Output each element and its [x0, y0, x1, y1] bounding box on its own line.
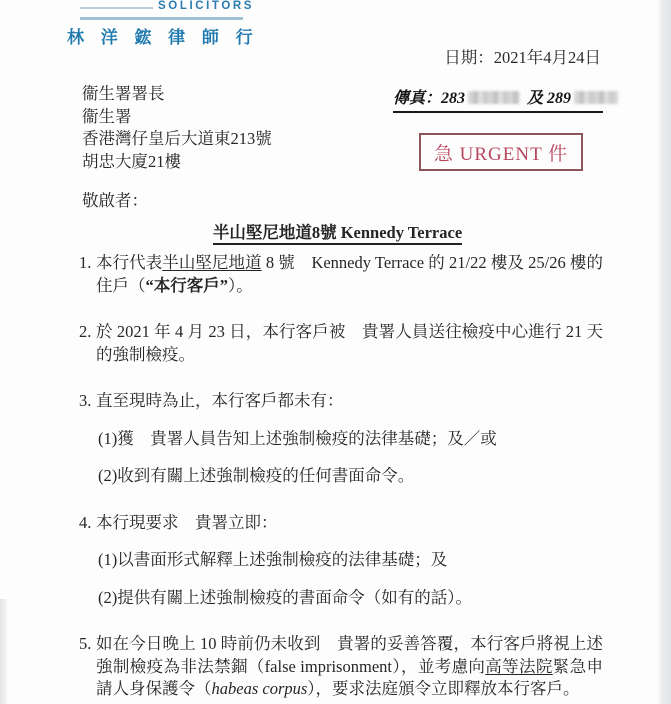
sub-item: (1)獲 貴署人員告知上述強制檢疫的法律基礎；及／或: [98, 428, 603, 451]
text-segment: (2)提供有關上述強制檢疫的書面命令（如有的話）。: [98, 588, 472, 607]
sub-item: (2)提供有關上述強制檢疫的書面命令（如有的話）。: [98, 587, 603, 610]
paragraph: 4.本行現要求 貴署立即：: [79, 512, 603, 535]
fax-label: 傳真：: [393, 90, 441, 107]
text-segment: (1)獲 貴署人員告知上述強制檢疫的法律基礎；及／或: [98, 429, 497, 448]
fax-number-2: 289: [547, 90, 571, 107]
text-segment: (2)收到有關上述強制檢疫的任何書面命令。: [98, 466, 414, 485]
text-segment: 本行現要求 貴署立即：: [96, 513, 278, 532]
paragraph: 1.本行代表半山堅尼地道 8 號 Kennedy Terrace 的 21/22…: [79, 252, 603, 297]
urgent-stamp: 急 URGENT 件: [419, 133, 583, 171]
text-segment: 直至現時為止，本行客戶都未有：: [96, 391, 344, 410]
text-segment: 本行代表: [96, 253, 162, 272]
subject-text: 半山堅尼地道8號 Kennedy Terrace: [213, 223, 462, 245]
text-segment: ），要求法庭頒令立即釋放本行客戶。: [307, 679, 579, 698]
paragraph: 3.直至現時為止，本行客戶都未有：: [79, 390, 603, 413]
date-line: 日期：2021年4月24日: [444, 44, 601, 68]
paragraph-number: 2.: [79, 321, 96, 366]
paragraph-number: 3.: [79, 390, 96, 413]
text-segment: habeas corpus: [212, 679, 308, 698]
paragraph: 2.於 2021 年 4 月 23 日，本行客戶被 貴署人員送往檢疫中心進行 2…: [79, 321, 603, 366]
text-segment: “本行客戶”: [146, 276, 229, 295]
recipient-block: 衞生署署長 衞生署 香港灣仔皇后大道東213號 胡忠大廈21樓: [82, 83, 272, 173]
redacted-fax-digits-2: [574, 91, 618, 104]
paragraph-number: 1.: [79, 252, 96, 297]
paragraph-text: 直至現時為止，本行客戶都未有：: [96, 390, 603, 413]
paragraph-number: 5.: [79, 633, 96, 701]
firm-name: 林 洋 鋐 律 師 行: [67, 23, 259, 48]
text-segment: ）。: [228, 276, 253, 295]
text-segment: 高等法院: [485, 657, 552, 676]
paragraph-text: 如在今日晚上 10 時前仍未收到 貴署的妥善答覆，本行客戶將視上述強制檢疫為非法…: [96, 633, 603, 701]
body-paragraphs: 1.本行代表半山堅尼地道 8 號 Kennedy Terrace 的 21/22…: [79, 252, 603, 701]
brand-rule-bottom: [80, 17, 243, 20]
paragraph-text: 於 2021 年 4 月 23 日，本行客戶被 貴署人員送往檢疫中心進行 21 …: [96, 321, 603, 366]
recipient-line: 香港灣仔皇后大道東213號: [82, 128, 272, 151]
text-segment: 半山堅尼地道: [162, 253, 261, 272]
fax-conjunction: 及: [527, 90, 543, 107]
text-segment: 於 2021 年 4 月 23 日，本行客戶被 貴署人員送往檢疫中心進行 21 …: [96, 322, 603, 364]
page-edge-right: [657, 0, 671, 704]
redacted-fax-digits-1: [468, 91, 520, 104]
sub-item: (1)以書面形式解釋上述強制檢疫的法律基礎；及: [98, 549, 603, 572]
paragraph-number: 4.: [79, 512, 96, 535]
subject-line: 半山堅尼地道8號 Kennedy Terrace: [80, 219, 595, 243]
paragraph: 5.如在今日晚上 10 時前仍未收到 貴署的妥善答覆，本行客戶將視上述強制檢疫為…: [79, 633, 603, 701]
brand-rule-top: [80, 7, 153, 9]
paragraph-text: 本行現要求 貴署立即：: [96, 512, 603, 535]
paragraph-text: 本行代表半山堅尼地道 8 號 Kennedy Terrace 的 21/22 樓…: [96, 252, 603, 297]
urgent-stamp-text: 急 URGENT 件: [434, 139, 568, 166]
fax-line: 傳真：283 及 289: [393, 85, 603, 113]
recipient-line: 胡忠大廈21樓: [82, 151, 272, 174]
scanned-letter-page: SOLICITORS 林 洋 鋐 律 師 行 日期：2021年4月24日 衞生署…: [0, 0, 671, 704]
fax-number-1: 283: [441, 90, 465, 107]
sub-item: (2)收到有關上述強制檢疫的任何書面命令。: [98, 465, 603, 488]
text-segment: (1)以書面形式解釋上述強制檢疫的法律基礎；及: [98, 550, 447, 569]
recipient-line: 衞生署署長: [82, 83, 272, 106]
recipient-line: 衞生署: [82, 106, 272, 129]
salutation: 敬啟者：: [82, 187, 148, 211]
solicitors-label: SOLICITORS: [158, 0, 254, 12]
page-edge-left: [0, 599, 7, 704]
